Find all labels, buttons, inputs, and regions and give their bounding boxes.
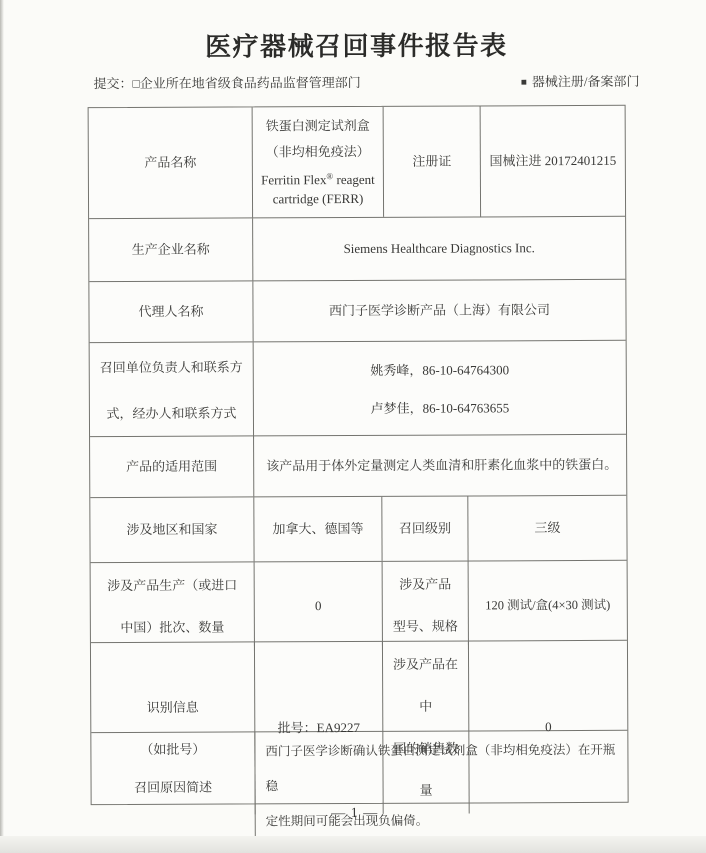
page-title: 医疗器械召回事件报告表 <box>0 24 704 64</box>
scope-value-cell: 该产品用于体外定量测定人类血清和肝素化血浆中的铁蛋白。 <box>253 435 626 497</box>
table-row-scope: 产品的适用范围 该产品用于体外定量测定人类血清和肝素化血浆中的铁蛋白。 <box>90 434 626 497</box>
recall-level-label-cell: 召回级别 <box>381 497 467 561</box>
document-content: 医疗器械召回事件报告表 提交：□企业所在地省级食品药品监督管理部门 ■器械注册/… <box>0 0 706 853</box>
submit-option-registration-dept: 器械注册/备案部门 <box>532 74 640 89</box>
page-number: — 1 — <box>2 804 706 823</box>
product-name-label-cell: 产品名称 <box>89 107 252 218</box>
product-name-value-cell: 铁蛋白测定试剂盒 （非均相免疫法） Ferritin Flex® reagent… <box>252 107 383 218</box>
table-row-manufacturer: 生产企业名称 Siemens Healthcare Diagnostics In… <box>89 216 625 281</box>
table-row-batches: 涉及产品生产（或进口 中国）批次、数量 0 涉及产品 型号、规格 120 测试/… <box>91 560 627 642</box>
product-name-en: Ferritin Flex® reagent cartridge (FERR) <box>261 167 375 208</box>
regions-value-cell: 加拿大、德国等 <box>253 497 381 562</box>
submit-line: 提交：□企业所在地省级食品药品监督管理部门 ■器械注册/备案部门 <box>93 73 639 94</box>
manufacturer-label-cell: 生产企业名称 <box>89 218 252 281</box>
contacts-value-cell: 姚秀峰，86-10-64764300 卢梦佳，86-10-64763655 <box>253 341 626 439</box>
checkbox-unchecked-icon: □ <box>132 75 139 92</box>
product-name-en-part1: Ferritin Flex <box>261 172 326 187</box>
product-name-cn: 铁蛋白测定试剂盒 <box>266 116 370 136</box>
model-label-cell: 涉及产品 型号、规格 <box>382 562 468 650</box>
reason-value-cell: 西门子医学诊断确认铁蛋白测定试剂盒（非均相免疫法）在开瓶稳 定性期间可能会出现负… <box>254 731 627 842</box>
reason-label-cell: 召回原因简述 <box>91 732 254 842</box>
scanned-document-page: 医疗器械召回事件报告表 提交：□企业所在地省级食品药品监督管理部门 ■器械注册/… <box>0 0 706 853</box>
recall-level-value-cell: 三级 <box>467 496 626 561</box>
regions-label-cell: 涉及地区和国家 <box>90 497 253 562</box>
agent-value-cell: 西门子医学诊断产品（上海）有限公司 <box>252 280 625 342</box>
registration-cert-label-cell: 注册证 <box>383 106 480 216</box>
submit-option-provincial-fda: 企业所在地省级食品药品监督管理部门 <box>140 75 361 91</box>
scan-left-edge-shadow <box>0 0 4 853</box>
model-value-cell: 120 测试/盒(4×30 测试) <box>468 561 627 650</box>
table-row-regions: 涉及地区和国家 加拿大、德国等 召回级别 三级 <box>90 495 626 562</box>
product-name-method: （非均相免疫法） <box>266 141 370 161</box>
checkbox-checked-icon: ■ <box>521 74 527 91</box>
table-row-product: 产品名称 铁蛋白测定试剂盒 （非均相免疫法） Ferritin Flex® re… <box>89 106 625 218</box>
product-name-en-line1: Ferritin Flex® reagent <box>261 167 375 189</box>
submit-label: 提交： <box>93 76 132 91</box>
contact-person-2: 卢梦佳，86-10-64763655 <box>371 398 510 419</box>
scan-bottom-shadow <box>0 836 706 853</box>
contact-person-1: 姚秀峰，86-10-64764300 <box>370 361 509 382</box>
submit-option-right: ■器械注册/备案部门 <box>521 73 640 93</box>
agent-label-cell: 代理人名称 <box>89 281 252 342</box>
batches-label-cell: 涉及产品生产（或进口 中国）批次、数量 <box>91 562 254 651</box>
recall-report-table: 产品名称 铁蛋白测定试剂盒 （非均相免疫法） Ferritin Flex® re… <box>88 105 629 805</box>
batches-value-cell: 0 <box>254 562 382 651</box>
product-name-en-line2: cartridge (FERR) <box>261 189 375 208</box>
product-name-en-part2: reagent <box>333 172 375 187</box>
registration-cert-value-cell: 国械注进 20172401215 <box>480 106 625 217</box>
table-row-contacts: 召回单位负责人和联系方 式，经办人和联系方式 姚秀峰，86-10-6476430… <box>90 340 626 436</box>
table-row-agent: 代理人名称 西门子医学诊断产品（上海）有限公司 <box>89 279 625 342</box>
table-row-reason: 召回原因简述 西门子医学诊断确认铁蛋白测定试剂盒（非均相免疫法）在开瓶稳 定性期… <box>91 730 627 804</box>
contacts-label-cell: 召回单位负责人和联系方 式，经办人和联系方式 <box>90 342 253 439</box>
submit-option-left: 提交：□企业所在地省级食品药品监督管理部门 <box>93 74 360 93</box>
manufacturer-value-cell: Siemens Healthcare Diagnostics Inc. <box>252 217 625 281</box>
table-row-identification: 识别信息 （如批号） 批号：EA9227 涉及产品在中 国的销售数量 0 <box>91 640 627 732</box>
scope-label-cell: 产品的适用范围 <box>90 436 253 497</box>
